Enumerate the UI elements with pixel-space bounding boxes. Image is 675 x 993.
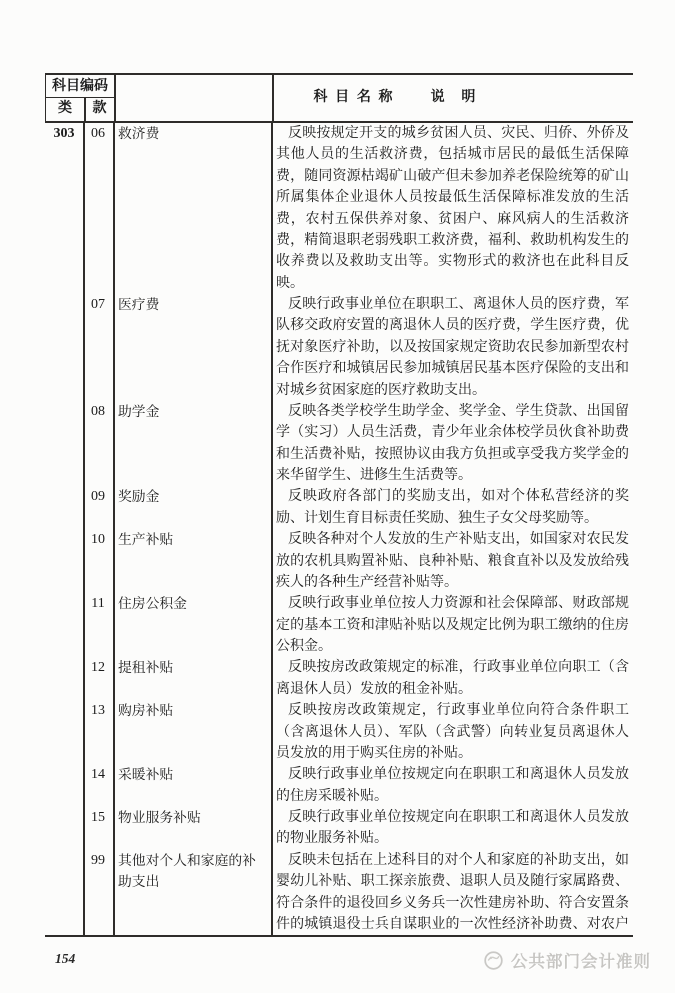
cell-subject-name: 奖励金 — [113, 486, 271, 529]
cell-subject-name: 购房补贴 — [113, 700, 271, 764]
header-divider-name-desc — [272, 75, 274, 121]
cell-subject-name: 助学金 — [113, 401, 271, 487]
table-row: 14 采暖补贴 反映行政事业单位按规定向在职职工和离退休人员发放的住房采暖补贴。 — [45, 764, 633, 807]
cell-class-code — [45, 764, 83, 807]
header-divider-code-name — [114, 75, 116, 121]
cell-item-code: 15 — [83, 807, 113, 850]
cell-class-code — [45, 700, 83, 764]
cell-description: 反映行政事业单位在职职工、离退休人员的医疗费，军队移交政府安置的离退休人员的医疗… — [271, 294, 633, 401]
cell-item-code: 12 — [83, 657, 113, 700]
cell-item-code: 07 — [83, 294, 113, 401]
table-row: 10 生产补贴 反映各种对个人发放的生产补贴支出，如国家对农民发放的农机具购置补… — [45, 529, 633, 593]
table-row: 09 奖励金 反映政府各部门的奖励支出，如对个体私营经济的奖励、计划生育目标责任… — [45, 486, 633, 529]
cell-description: 反映按房改政策规定，行政事业单位向符合条件职工（含离退休人员）、军队（含武警）向… — [271, 700, 633, 764]
publisher-watermark: 公共部门会计准则 — [483, 948, 651, 972]
body-divider-code-name — [113, 123, 115, 935]
cell-subject-name: 救济费 — [113, 123, 271, 294]
table-row: 11 住房公积金 反映行政事业单位按人力资源和社会保障部、财政部规定的基本工资和… — [45, 593, 633, 657]
subject-code-table: 科目编码 类 款 科目名称 说明 303 06 救济费 反映按规定开支的城乡贫困… — [45, 73, 633, 937]
cell-item-code: 06 — [83, 123, 113, 294]
cell-description: 反映未包括在上述科目的对个人和家庭的补助支出，如婴幼儿补贴、职工探亲旅费、退职人… — [271, 850, 633, 937]
cell-description: 反映行政事业单位按规定向在职职工和离退休人员发放的住房采暖补贴。 — [271, 764, 633, 807]
cell-subject-name: 物业服务补贴 — [113, 807, 271, 850]
body-divider-class-item — [83, 123, 85, 935]
cell-description: 反映按房改政策规定的标准，行政事业单位向职工（含离退休人员）发放的租金补贴。 — [271, 657, 633, 700]
cell-class-code — [45, 657, 83, 700]
cell-item-code: 99 — [83, 850, 113, 937]
cell-item-code: 10 — [83, 529, 113, 593]
publisher-logo-icon — [483, 950, 504, 971]
cell-class-code — [45, 807, 83, 850]
cell-description: 反映按规定开支的城乡贫困人员、灾民、归侨、外侨及其他人员的生活救济费，包括城市居… — [271, 123, 633, 294]
watermark-text: 公共部门会计准则 — [511, 948, 651, 972]
cell-description: 反映各类学校学生助学金、奖学金、学生贷款、出国留学（实习）人员生活费，青少年业余… — [271, 401, 633, 487]
cell-subject-name: 医疗费 — [113, 294, 271, 401]
table-row: 07 医疗费 反映行政事业单位在职职工、离退休人员的医疗费，军队移交政府安置的离… — [45, 294, 633, 401]
cell-class-code — [45, 486, 83, 529]
header-code-group: 科目编码 — [46, 75, 114, 98]
cell-item-code: 14 — [83, 764, 113, 807]
cell-item-code: 11 — [83, 593, 113, 657]
cell-subject-name: 采暖补贴 — [113, 764, 271, 807]
table-body: 303 06 救济费 反映按规定开支的城乡贫困人员、灾民、归侨、外侨及其他人员的… — [45, 123, 633, 937]
table-row: 08 助学金 反映各类学校学生助学金、奖学金、学生贷款、出国留学（实习）人员生活… — [45, 401, 633, 487]
cell-description: 反映行政事业单位按人力资源和社会保障部、财政部规定的基本工资和津贴补贴以及规定比… — [271, 593, 633, 657]
cell-subject-name: 住房公积金 — [113, 593, 271, 657]
cell-subject-name: 提租补贴 — [113, 657, 271, 700]
cell-description: 反映各种对个人发放的生产补贴支出，如国家对农民发放的农机具购置补贴、良种补贴、粮… — [271, 529, 633, 593]
cell-item-code: 08 — [83, 401, 113, 487]
cell-class-code — [45, 401, 83, 487]
body-divider-name-desc — [271, 123, 273, 935]
table-row: 303 06 救济费 反映按规定开支的城乡贫困人员、灾民、归侨、外侨及其他人员的… — [45, 123, 633, 294]
cell-class-code: 303 — [45, 123, 83, 294]
cell-class-code — [45, 529, 83, 593]
table-row: 13 购房补贴 反映按房改政策规定，行政事业单位向符合条件职工（含离退休人员）、… — [45, 700, 633, 764]
cell-class-code — [45, 850, 83, 937]
cell-description: 反映行政事业单位按规定向在职职工和离退休人员发放的物业服务补贴。 — [271, 807, 633, 850]
cell-class-code — [45, 593, 83, 657]
cell-item-code: 13 — [83, 700, 113, 764]
header-divider-class-item — [84, 98, 86, 121]
cell-subject-name: 其他对个人和家庭的补助支出 — [113, 850, 271, 937]
cell-subject-name: 生产补贴 — [113, 529, 271, 593]
scanned-document-page: 科目编码 类 款 科目名称 说明 303 06 救济费 反映按规定开支的城乡贫困… — [0, 0, 675, 993]
cell-class-code — [45, 294, 83, 401]
table-header: 科目编码 类 款 科目名称 说明 — [45, 73, 633, 123]
cell-description: 反映政府各部门的奖励支出，如对个体私营经济的奖励、计划生育目标责任奖励、独生子女… — [271, 486, 633, 529]
cell-item-code: 09 — [83, 486, 113, 529]
header-col-class: 类 — [46, 98, 84, 121]
header-col-item: 款 — [85, 98, 114, 121]
page-number: 154 — [55, 951, 75, 967]
table-row: 15 物业服务补贴 反映行政事业单位按规定向在职职工和离退休人员发放的物业服务补… — [45, 807, 633, 850]
header-col-desc: 说明 — [272, 75, 634, 121]
table-row: 12 提租补贴 反映按房改政策规定的标准，行政事业单位向职工（含离退休人员）发放… — [45, 657, 633, 700]
table-row: 99 其他对个人和家庭的补助支出 反映未包括在上述科目的对个人和家庭的补助支出，… — [45, 850, 633, 937]
